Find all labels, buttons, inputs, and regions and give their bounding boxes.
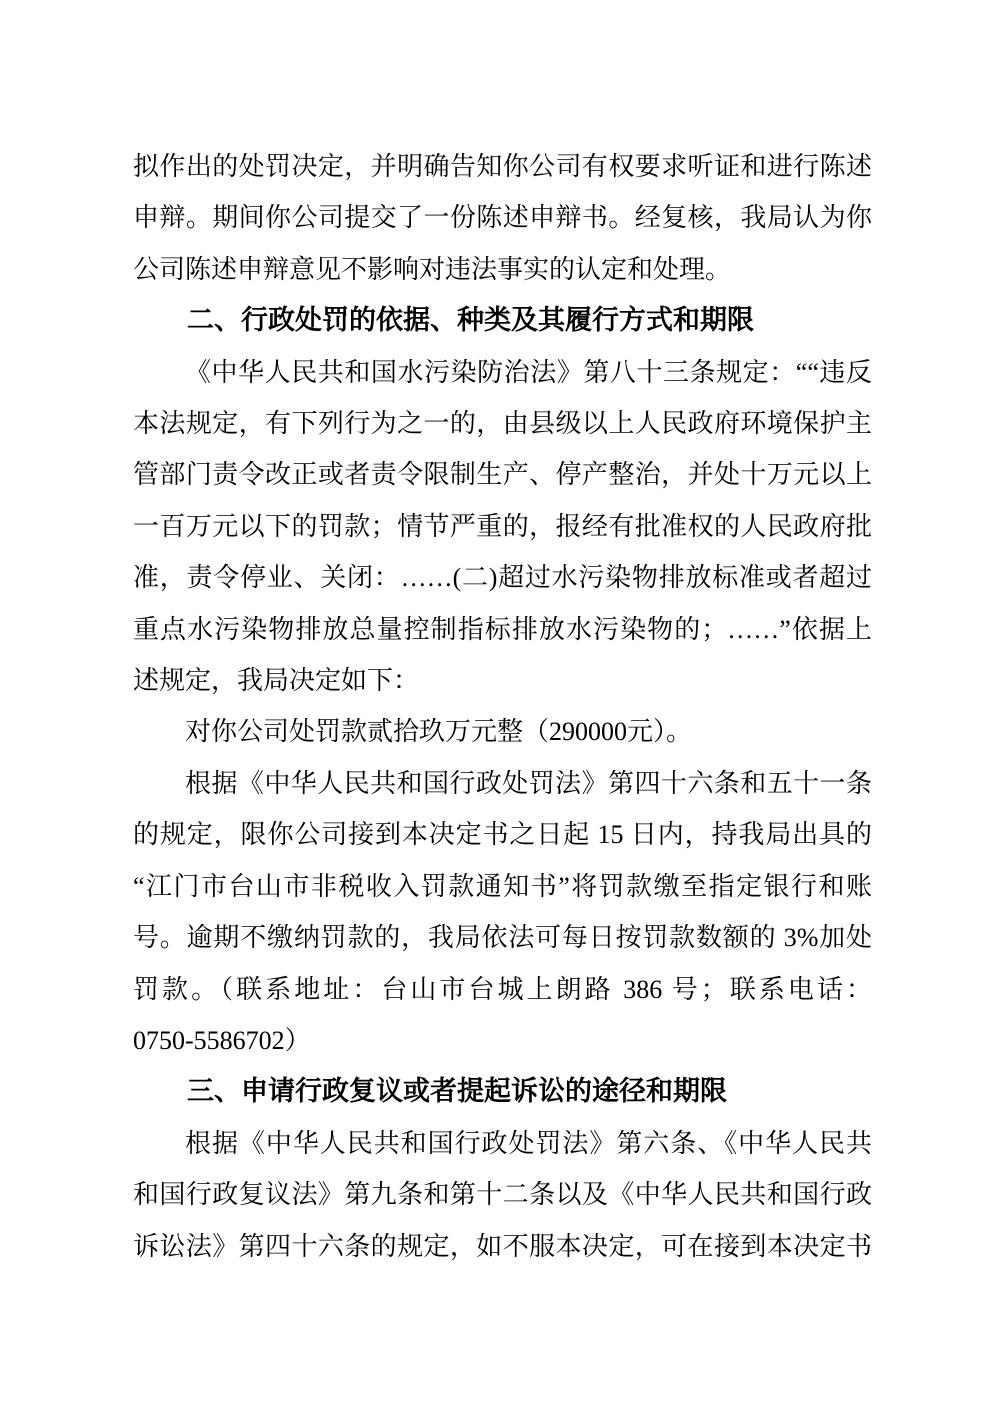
text-line: 重点水污染物排放总量控制指标排放水污染物的；……”依据上 <box>133 604 872 655</box>
text-line: 诉讼法》第四十六条的规定，如不服本决定，可在接到本决定书 <box>133 1221 872 1272</box>
text-line: 一百万元以下的罚款；情节严重的，报经有批准权的人民政府批 <box>133 501 872 552</box>
contact-info-line: 罚款。（联系地址：台山市台城上朗路 386 号；联系电话： <box>133 964 872 1015</box>
text-line: 管部门责令改正或者责令限制生产、停产整治，并处十万元以上 <box>133 449 872 500</box>
section-heading-2: 二、行政处罚的依据、种类及其履行方式和期限 <box>133 295 872 346</box>
text-line: 本法规定，有下列行为之一的，由县级以上人民政府环境保护主 <box>133 398 872 449</box>
text-line: 的规定，限你公司接到本决定书之日起 15 日内，持我局出具的 <box>133 809 872 860</box>
document-page: 拟作出的处罚决定，并明确告知你公司有权要求听证和进行陈述 申辩。期间你公司提交了… <box>0 0 992 1403</box>
text-line: 准，责令停业、关闭：……(二)超过水污染物排放标准或者超过 <box>133 552 872 603</box>
section-heading-3: 三、申请行政复议或者提起诉讼的途径和期限 <box>133 1066 872 1117</box>
text-line: 公司陈述申辩意见不影响对违法事实的认定和处理。 <box>133 244 872 295</box>
text-line: 和国行政复议法》第九条和第十二条以及《中华人民共和国行政 <box>133 1169 872 1220</box>
text-line: 拟作出的处罚决定，并明确告知你公司有权要求听证和进行陈述 <box>133 141 872 192</box>
phone-number-line: 0750-5586702） <box>133 1015 872 1066</box>
text-line: 《中华人民共和国水污染防治法》第八十三条规定：““违反 <box>133 347 872 398</box>
document-text-block: 拟作出的处罚决定，并明确告知你公司有权要求听证和进行陈述 申辩。期间你公司提交了… <box>133 141 872 1272</box>
penalty-amount-line: 对你公司处罚款贰拾玖万元整（290000元）。 <box>133 706 872 757</box>
text-line: 根据《中华人民共和国行政处罚法》第四十六条和五十一条 <box>133 758 872 809</box>
text-line: 述规定，我局决定如下： <box>133 655 872 706</box>
text-line: 根据《中华人民共和国行政处罚法》第六条、《中华人民共 <box>133 1118 872 1169</box>
text-line: 申辩。期间你公司提交了一份陈述申辩书。经复核，我局认为你 <box>133 192 872 243</box>
text-line: “江门市台山市非税收入罚款通知书”将罚款缴至指定银行和账 <box>133 861 872 912</box>
text-line: 号。逾期不缴纳罚款的，我局依法可每日按罚款数额的 3%加处 <box>133 912 872 963</box>
